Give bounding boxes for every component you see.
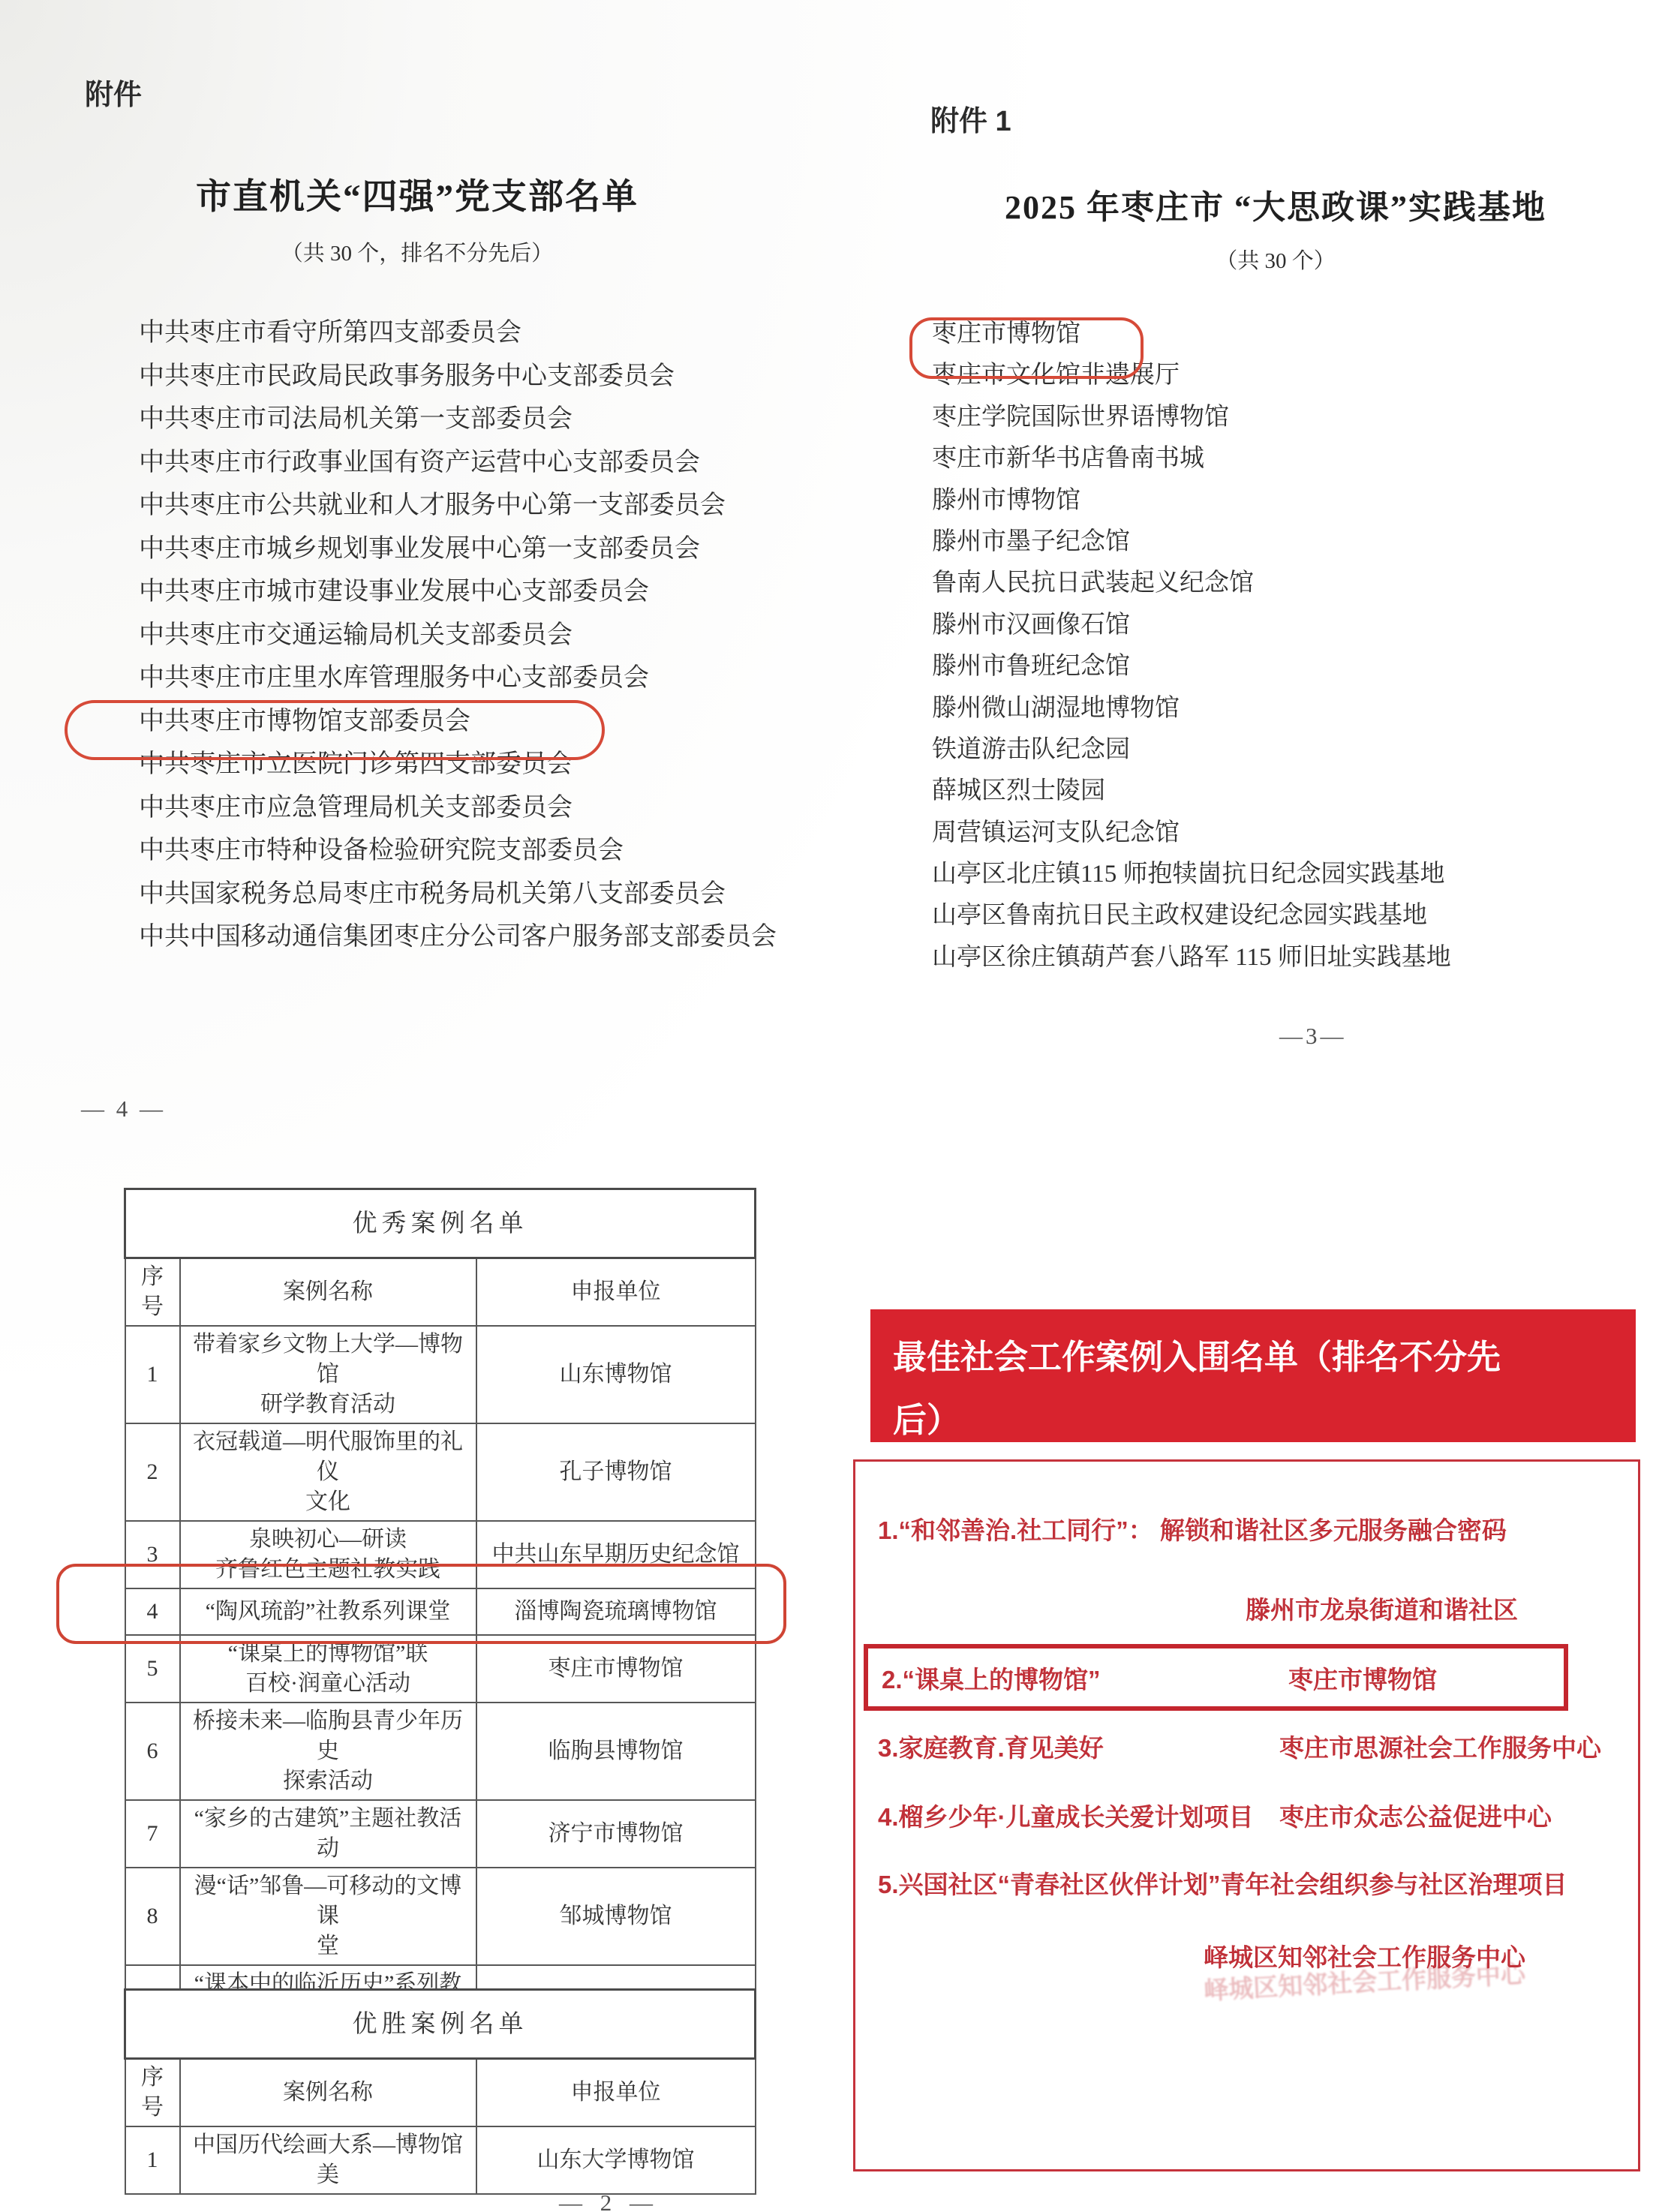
list-item: 中共枣庄市庄里水库管理服务中心支部委员会 [139, 657, 777, 700]
table-row: 2 衣冠载道—明代服饰里的礼仪 文化 孔子博物馆 [125, 1423, 756, 1521]
red-circle-annotation-left [65, 700, 605, 760]
list-item: 滕州市博物馆 [932, 480, 1451, 521]
col-header-no: 序号 [125, 2059, 180, 2127]
table-row: 6 桥接未来—临朐县青少年历史 探索活动 临朐县博物馆 [125, 1703, 756, 1800]
cell-no: 2 [125, 1423, 180, 1521]
list-item: 中共枣庄市司法局机关第一支部委员会 [139, 398, 777, 441]
banner-title: 最佳社会工作案例入围名单（排名不分先后） [893, 1326, 1531, 1452]
list-item: 中共枣庄市城乡规划事业发展中心第一支部委员会 [139, 527, 777, 571]
list-item: 山亭区徐庄镇葫芦套八路军 115 师旧址实践基地 [932, 937, 1451, 978]
table-row-highlighted: 5 “课桌上的博物馆”联 百校·润童心活动 枣庄市博物馆 [125, 1635, 756, 1703]
cell-name: 带着家乡文物上大学—博物馆 研学教育活动 [180, 1326, 476, 1423]
list-item: 中共枣庄市行政事业国有资产运营中心支部委员会 [139, 441, 777, 485]
list-item: 枣庄市新华书店鲁南书城 [932, 438, 1451, 479]
attachment-label-right: 附件 1 [930, 98, 1011, 139]
shortlist-entry-1-unit: 滕州市龙泉街道和谐社区 [1246, 1591, 1518, 1626]
list-item: 薛城区烈士陵园 [932, 771, 1451, 812]
cell-no: 7 [125, 1800, 180, 1868]
cell-no: 1 [125, 2126, 180, 2194]
red-rect-annotation-row5 [56, 1564, 786, 1644]
winning-cases-table: 优胜案例名单 序号 案例名称 申报单位 1 中国历代绘画大系—博物馆美 山东大学… [124, 1988, 756, 2195]
col-header-name: 案例名称 [180, 2059, 476, 2127]
cell-name: “课桌上的博物馆”联 百校·润童心活动 [180, 1635, 476, 1703]
list-item: 铁道游击队纪念园 [932, 729, 1451, 771]
red-circle-annotation-right [909, 317, 1144, 379]
shortlist-entry-2-unit: 枣庄市博物馆 [1288, 1661, 1437, 1696]
list-item: 滕州市汉画像石馆 [932, 605, 1451, 646]
cell-unit: 临朐县博物馆 [476, 1703, 756, 1800]
list-item: 滕州微山湖湿地博物馆 [932, 688, 1451, 729]
left-doc-subtitle: （共 30 个，排名不分先后） [281, 236, 554, 267]
list-item: 中共枣庄市看守所第四支部委员会 [139, 311, 777, 355]
highlight-box-entry-2: 2.“课桌上的博物馆” 枣庄市博物馆 [864, 1644, 1568, 1711]
list-item: 周营镇运河支队纪念馆 [932, 813, 1451, 854]
list-item: 山亭区北庄镇115 师抱犊崮抗日纪念园实践基地 [932, 854, 1451, 895]
page-marker-3: —3— [1279, 1023, 1347, 1050]
cell-unit: 山东博物馆 [476, 1326, 756, 1423]
left-doc-title: 市直机关“四强”党支部名单 [196, 169, 639, 219]
list-item: 枣庄学院国际世界语博物馆 [932, 397, 1451, 438]
list-item: 山亭区鲁南抗日民主政权建设纪念园实践基地 [932, 895, 1451, 936]
cell-unit: 枣庄市博物馆 [476, 1635, 756, 1703]
cell-unit: 济宁市博物馆 [476, 1800, 756, 1868]
shortlist-entry-4-unit: 枣庄市众志公益促进中心 [1279, 1798, 1552, 1833]
cell-no: 6 [125, 1703, 180, 1800]
shortlist-entry-5-name: 5.兴国社区“青春社区伙伴计划”青年社会组织参与社区治理项目 [878, 1865, 1567, 1901]
table-row: 8 漫“话”邹鲁—可移动的文博课 堂 邹城博物馆 [125, 1868, 756, 1965]
table-row: 1 中国历代绘画大系—博物馆美 山东大学博物馆 [125, 2126, 756, 2194]
cell-name: 漫“话”邹鲁—可移动的文博课 堂 [180, 1868, 476, 1965]
shortlist-entry-3-unit: 枣庄市思源社会工作服务中心 [1279, 1729, 1601, 1764]
cell-unit: 山东大学博物馆 [476, 2126, 756, 2194]
right-doc-subtitle: （共 30 个） [1216, 244, 1336, 275]
list-item: 鲁南人民抗日武装起义纪念馆 [932, 563, 1451, 604]
cell-unit: 孔子博物馆 [476, 1423, 756, 1521]
shortlist-entry-4-name: 4.榴乡少年·儿童成长关爱计划项目 [878, 1798, 1254, 1833]
list-item: 中共国家税务总局枣庄市税务局机关第八支部委员会 [139, 873, 777, 916]
list-item: 中共中国移动通信集团枣庄分公司客户服务部支部委员会 [139, 915, 777, 959]
cell-name: 中国历代绘画大系—博物馆美 [180, 2126, 476, 2194]
table-row: 7 “家乡的古建筑”主题社教活动 济宁市博物馆 [125, 1800, 756, 1868]
list-item: 中共枣庄市特种设备检验研究院支部委员会 [139, 829, 777, 873]
page-marker-4: — 4 — [81, 1095, 166, 1123]
list-item: 中共枣庄市城市建设事业发展中心支部委员会 [139, 570, 777, 614]
shortlist-box: 1.“和邻善治.社工同行”： 解锁和谐社区多元服务融合密码 滕州市龙泉街道和谐社… [853, 1459, 1640, 2171]
cell-no: 1 [125, 1326, 180, 1423]
list-item: 滕州市鲁班纪念馆 [932, 646, 1451, 687]
cell-name: “家乡的古建筑”主题社教活动 [180, 1800, 476, 1868]
party-branch-list: 中共枣庄市看守所第四支部委员会 中共枣庄市民政局民政事务服务中心支部委员会 中共… [139, 311, 777, 959]
table-row: 1 带着家乡文物上大学—博物馆 研学教育活动 山东博物馆 [125, 1326, 756, 1423]
list-item: 中共枣庄市应急管理局机关支部委员会 [139, 786, 777, 830]
best-social-work-banner: 最佳社会工作案例入围名单（排名不分先后） [870, 1309, 1636, 1442]
right-doc-title: 2025 年枣庄市 “大思政课”实践基地 [1005, 180, 1546, 228]
cell-name: 衣冠载道—明代服饰里的礼仪 文化 [180, 1423, 476, 1521]
practice-base-list: 枣庄市博物馆 枣庄市文化馆非遗展厅 枣庄学院国际世界语博物馆 枣庄市新华书店鲁南… [932, 314, 1451, 978]
list-item: 中共枣庄市民政局民政事务服务中心支部委员会 [139, 355, 777, 398]
attachment-label-left: 附件 [85, 71, 142, 113]
shortlist-entry-1-name: 1.“和邻善治.社工同行”： 解锁和谐社区多元服务融合密码 [878, 1511, 1507, 1546]
scanned-document-collage: 附件 市直机关“四强”党支部名单 （共 30 个，排名不分先后） 中共枣庄市看守… [0, 0, 1659, 2212]
page-marker-2: — 2 — [559, 2189, 659, 2212]
list-item: 中共枣庄市交通运输局机关支部委员会 [139, 614, 777, 657]
list-item: 中共枣庄市公共就业和人才服务中心第一支部委员会 [139, 484, 777, 527]
shortlist-entry-2-name: 2.“课桌上的博物馆” [882, 1661, 1101, 1696]
col-header-no: 序号 [125, 1258, 180, 1327]
col-header-unit: 申报单位 [476, 2059, 756, 2127]
cell-unit: 邹城博物馆 [476, 1868, 756, 1965]
col-header-name: 案例名称 [180, 1258, 476, 1327]
cell-no: 8 [125, 1868, 180, 1965]
shortlist-entry-3-name: 3.家庭教育.育见美好 [878, 1729, 1104, 1764]
cell-name: 桥接未来—临朐县青少年历史 探索活动 [180, 1703, 476, 1800]
list-item: 滕州市墨子纪念馆 [932, 521, 1451, 563]
table-title: 优胜案例名单 [125, 1990, 756, 2059]
col-header-unit: 申报单位 [476, 1258, 756, 1327]
cell-no: 5 [125, 1635, 180, 1703]
table-title: 优秀案例名单 [125, 1189, 756, 1258]
